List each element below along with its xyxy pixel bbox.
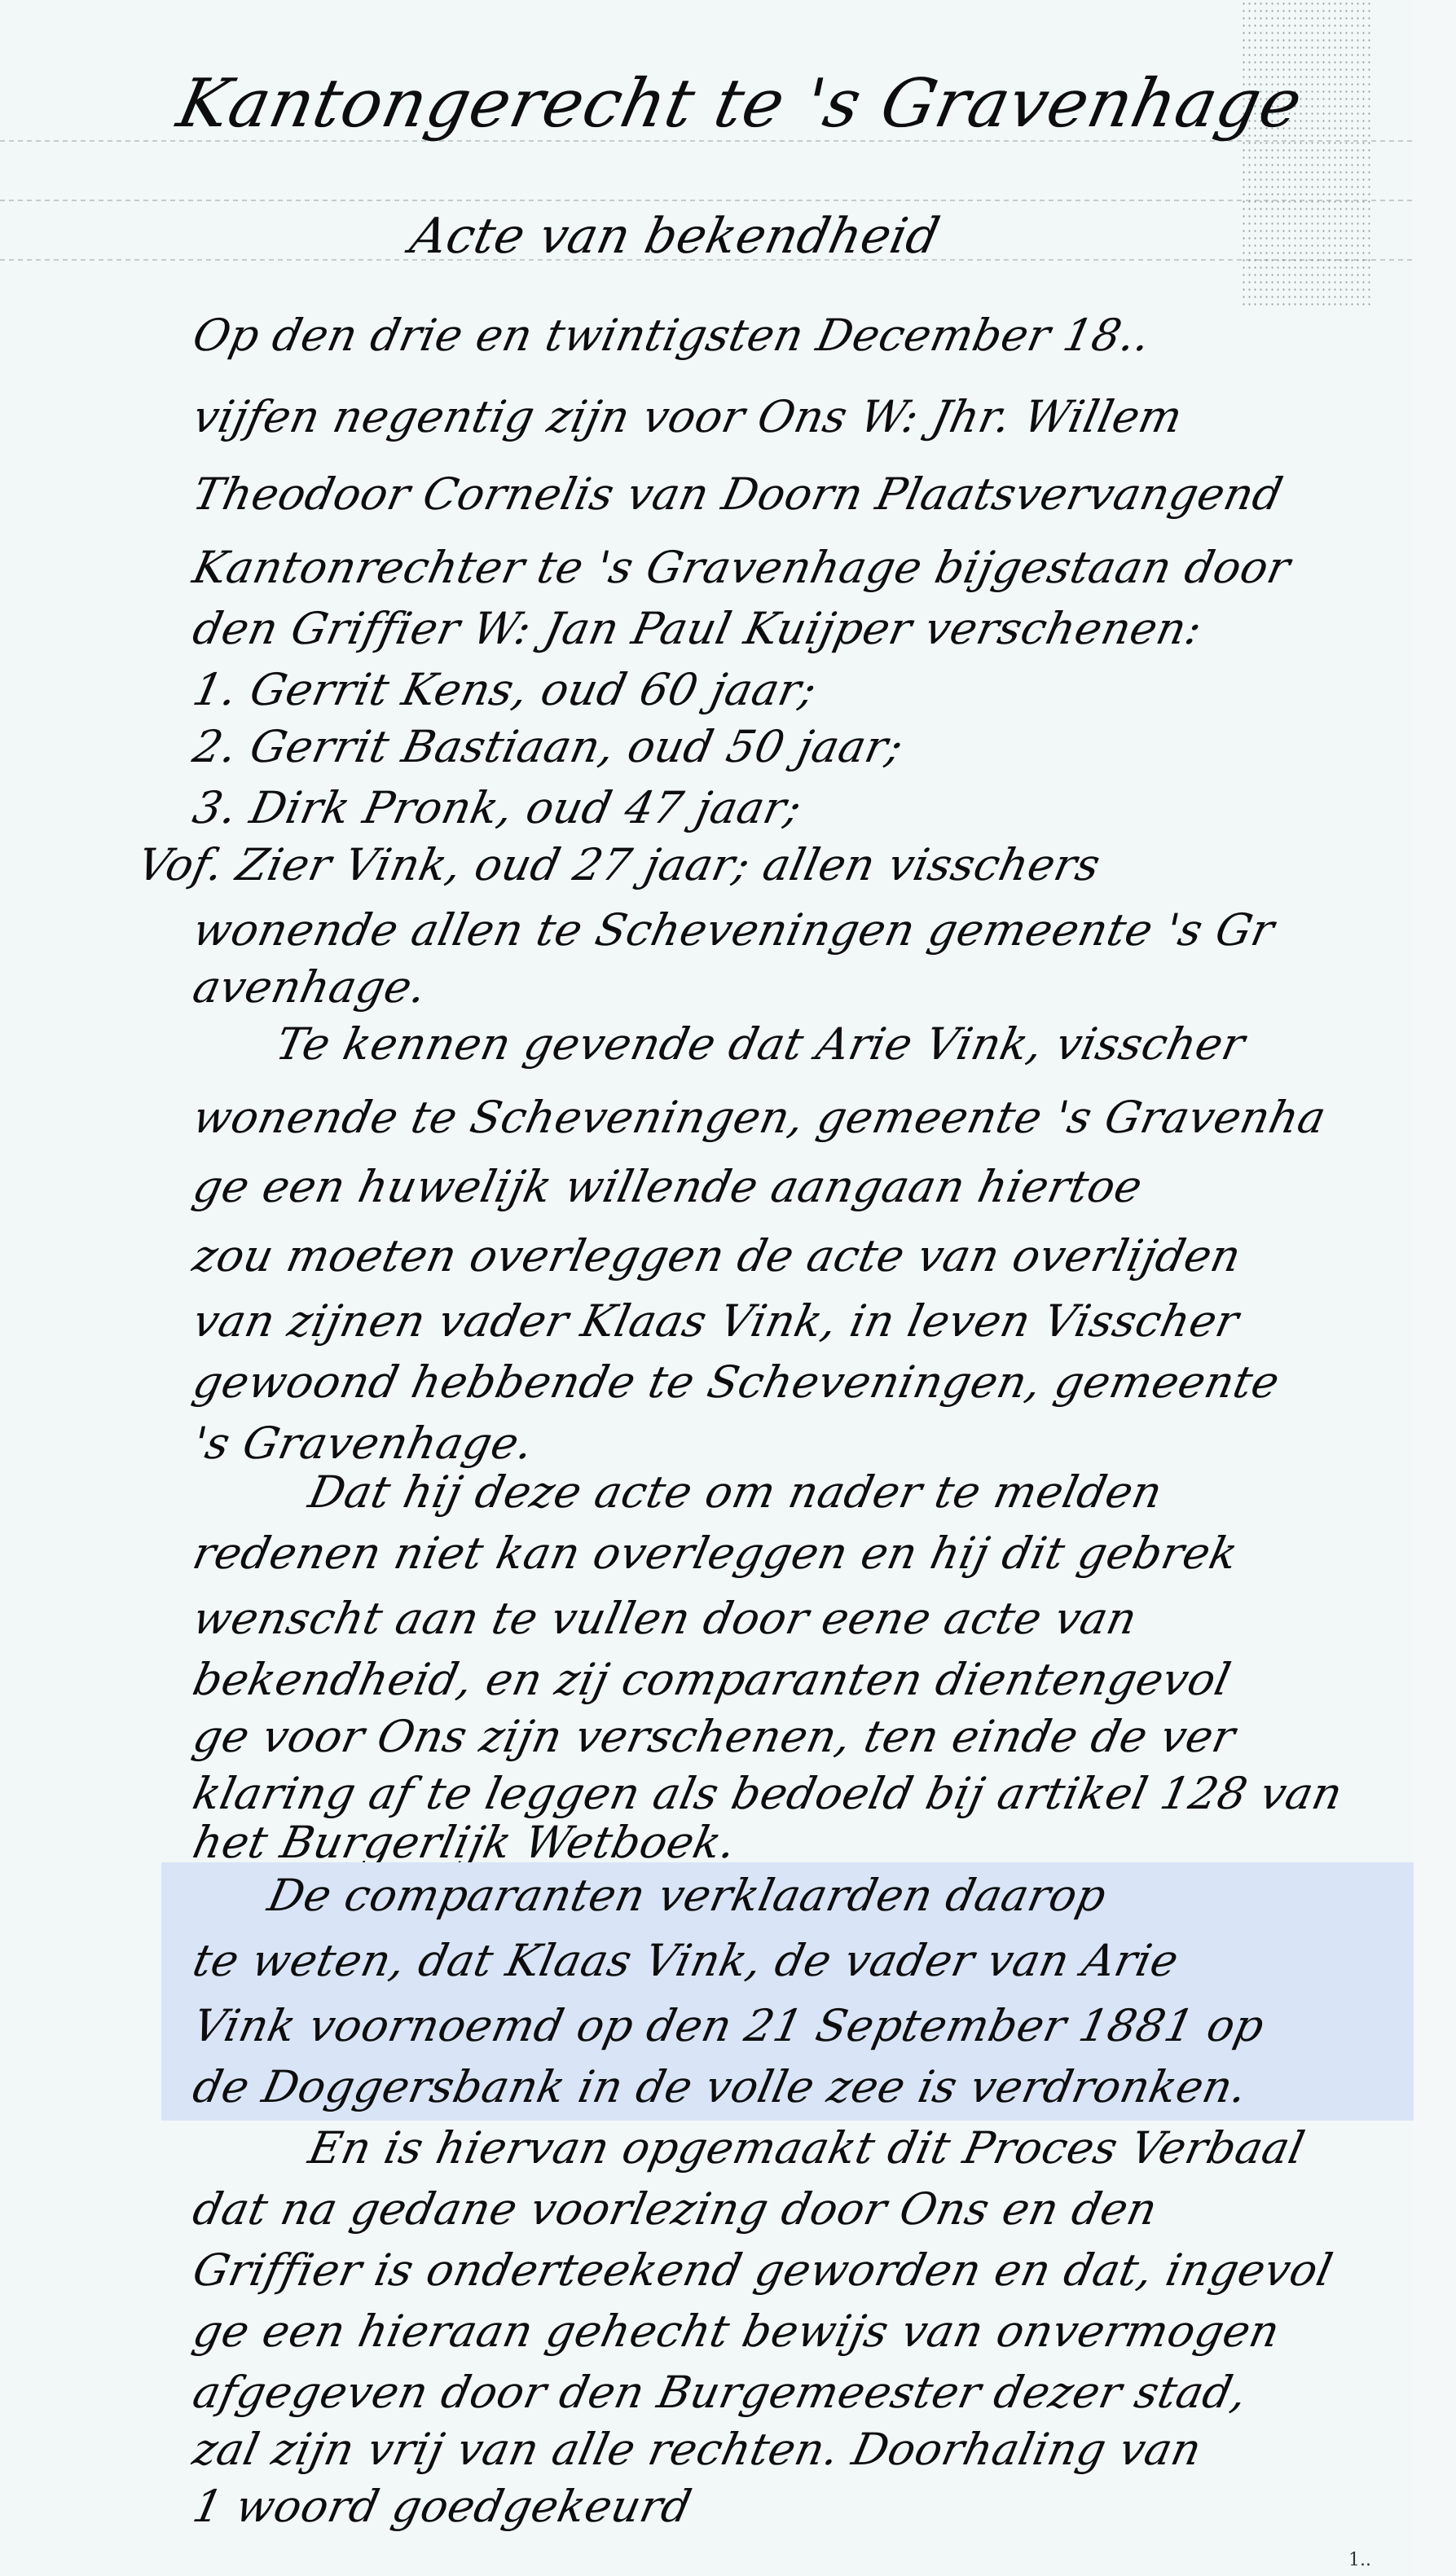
text-line: ge een huwelijk willende aangaan hiertoe xyxy=(188,1161,1146,1212)
page-edge xyxy=(1414,0,1456,2576)
text-line: wenscht aan te vullen door eene acte van xyxy=(188,1593,1141,1644)
text-line: vijfen negentig zijn voor Ons W: Jhr. Wi… xyxy=(188,391,1187,442)
text-line: redenen niet kan overleggen en hij dit g… xyxy=(188,1528,1243,1579)
text-line: Theodoor Cornelis van Doorn Plaatsvervan… xyxy=(188,468,1287,520)
text-line: 2. Gerrit Bastiaan, oud 50 jaar; xyxy=(188,721,908,772)
text-line: Dat hij deze acte om nader te melden xyxy=(304,1466,1167,1518)
text-line: Te kennen gevende dat Arie Vink, vissche… xyxy=(271,1018,1249,1070)
text-line: bekendheid, en zij comparanten dientenge… xyxy=(188,1654,1235,1705)
text-line: Op den drie en twintigsten December 18.. xyxy=(188,310,1155,361)
text-line: ge voor Ons zijn verschenen, ten einde d… xyxy=(188,1711,1240,1762)
scanned-document-page: Kantongerecht te 's Gravenhage Acte van … xyxy=(0,0,1414,2576)
text-line: den Griffier W: Jan Paul Kuijper versche… xyxy=(188,603,1207,654)
text-line: zou moeten overleggen de acte van overli… xyxy=(188,1230,1246,1281)
page-mark: 1.. xyxy=(1348,2550,1371,2570)
scan-noise xyxy=(1241,0,1371,310)
highlighted-text-line[interactable]: de Doggersbank in de volle zee is verdro… xyxy=(188,2061,1251,2112)
text-line: het Burgerlijk Wetboek. xyxy=(188,1817,741,1868)
text-line: En is hiervan opgemaakt dit Proces Verba… xyxy=(304,2122,1309,2174)
text-line: 's Gravenhage. xyxy=(188,1418,538,1469)
text-line-with-margin-note: Vof. Zier Vink, oud 27 jaar; allen vissc… xyxy=(133,839,1105,890)
text-line: Kantonrechter te 's Gravenhage bijgestaa… xyxy=(188,542,1295,593)
highlighted-text-line[interactable]: Vink voornoemd op den 21 September 1881 … xyxy=(188,2000,1269,2051)
text-line: dat na gedane voorlezing door Ons en den xyxy=(188,2183,1162,2235)
document-subtitle: Acte van bekendheid xyxy=(406,208,945,265)
text-line: wonende te Scheveningen, gemeente 's Gra… xyxy=(188,1092,1331,1143)
text-line: 3. Dirk Pronk, oud 47 jaar; xyxy=(188,782,806,833)
text-line: afgegeven door den Burgemeester dezer st… xyxy=(188,2367,1251,2418)
highlighted-text-line[interactable]: te weten, dat Klaas Vink, de vader van A… xyxy=(188,1935,1183,1986)
text-line: Griffier is onderteekend geworden en dat… xyxy=(188,2244,1337,2296)
document-title: Kantongerecht te 's Gravenhage xyxy=(171,65,1309,143)
text-line: klaring af te leggen als bedoeld bij art… xyxy=(188,1768,1347,1819)
text-line: 1. Gerrit Kens, oud 60 jaar; xyxy=(188,664,821,715)
text-line: ge een hieraan gehecht bewijs van onverm… xyxy=(188,2306,1284,2357)
text-line: zal zijn vrij van alle rechten. Doorhali… xyxy=(188,2424,1206,2475)
text-line: van zijnen vader Klaas Vink, in leven Vi… xyxy=(188,1295,1243,1347)
text-line: 1 woord goedgekeurd xyxy=(188,2481,696,2532)
text-line: wonende allen te Scheveningen gemeente '… xyxy=(188,904,1278,956)
highlighted-text-line[interactable]: De comparanten verklaarden daarop xyxy=(263,1870,1111,1921)
ruled-line xyxy=(0,200,1414,201)
text-line: gewoond hebbende te Scheveningen, gemeen… xyxy=(188,1356,1284,1408)
text-line: avenhage. xyxy=(188,961,431,1013)
